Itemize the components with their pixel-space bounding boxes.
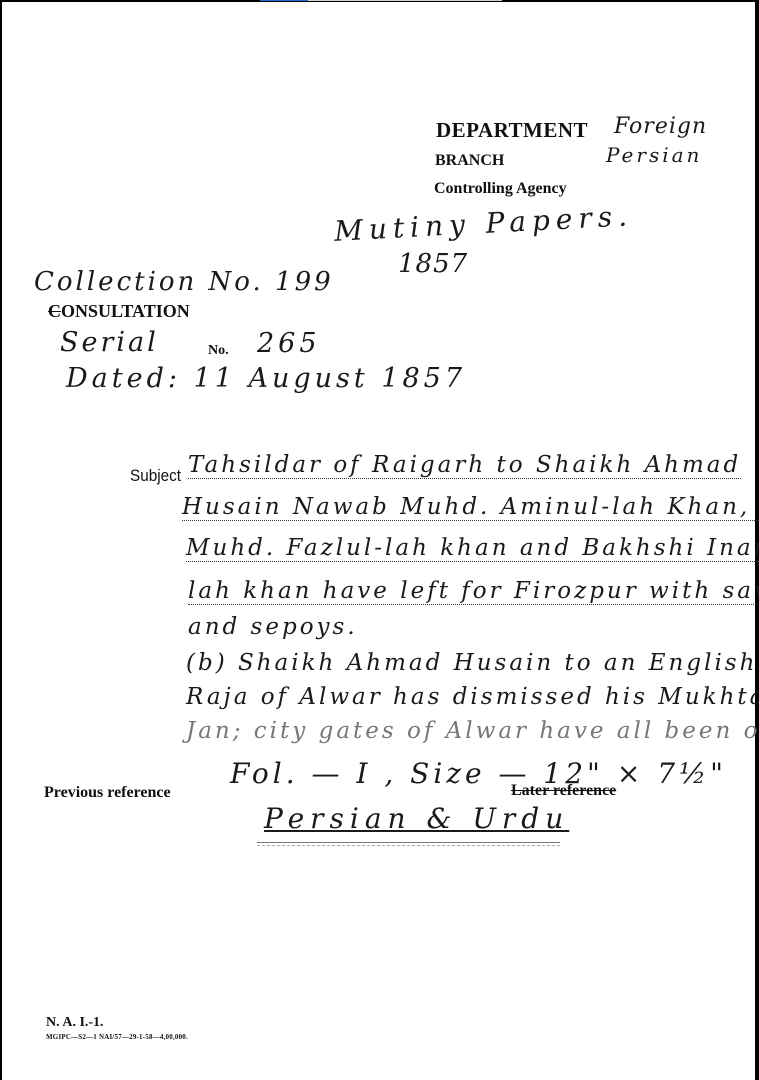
page-progress-fill xyxy=(260,0,308,1)
subject-line: Jan; city gates of Alwar have all been o… xyxy=(186,718,759,744)
language: Persian & Urdu xyxy=(264,802,569,835)
previous-reference-label: Previous reference xyxy=(44,784,171,802)
subject-line: lah khan have left for Firozpur with saw… xyxy=(188,578,759,605)
subject-line: (b) Shaikh Ahmad Husain to an English of… xyxy=(186,650,759,676)
department-value: Foreign xyxy=(614,114,707,139)
form-number: N. A. I.-1. xyxy=(46,1015,104,1031)
subject-line: Husain Nawab Muhd. Aminul-lah Khan, Diva… xyxy=(182,494,759,521)
page-progress-track xyxy=(260,0,502,1)
document-page: DEPARTMENT Foreign BRANCH Persian Contro… xyxy=(2,2,755,1080)
controlling-agency-value: Mutiny Papers. xyxy=(333,199,633,248)
later-reference-label: Later reference xyxy=(511,782,616,800)
department-label: DEPARTMENT xyxy=(436,118,588,143)
number-label: No. xyxy=(208,343,229,359)
consultation-label-rest: ONSULTATION xyxy=(61,301,190,321)
subject-label: Subject xyxy=(130,466,181,486)
subject-line: Raja of Alwar has dismissed his Mukhtar … xyxy=(186,684,759,710)
dated-value: Dated: 11 August 1857 xyxy=(66,363,466,394)
printer-imprint: MGIPC—S2—1 NAI/57—29-1-58—4,00,000. xyxy=(46,1033,188,1041)
serial-label: Serial xyxy=(60,327,159,358)
divider xyxy=(257,842,560,843)
branch-value: Persian xyxy=(606,143,702,167)
collection-number: Collection No. 199 xyxy=(34,267,334,297)
subject-line: Muhd. Fazlul-lah khan and Bakhshi Inamul xyxy=(186,535,759,562)
consultation-label: CONSULTATION xyxy=(48,301,190,322)
branch-label: BRANCH xyxy=(435,152,504,170)
subject-line: and sepoys. xyxy=(188,614,358,640)
subject-line: Tahsildar of Raigarh to Shaikh Ahmad xyxy=(188,452,741,479)
folio-size: Fol. — I , Size — 12" × 7½" xyxy=(230,757,727,790)
serial-value: 265 xyxy=(257,328,321,359)
controlling-agency-year: 1857 xyxy=(398,249,468,279)
consultation-struck-letter: C xyxy=(48,301,61,321)
divider xyxy=(257,845,560,846)
controlling-agency-label: Controlling Agency xyxy=(434,180,567,198)
